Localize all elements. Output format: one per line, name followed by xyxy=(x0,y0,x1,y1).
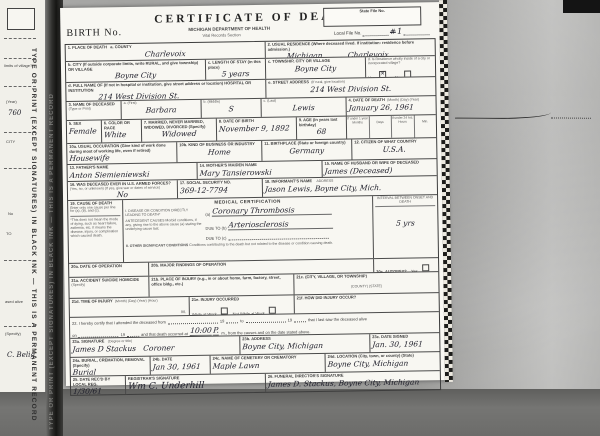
field-date-of-death: 4. DATE OF DEATH (Month) (Day) (Year) Ja… xyxy=(346,96,435,115)
hours-label: Hours xyxy=(398,120,407,124)
section-line: Vital Records Section xyxy=(202,32,240,38)
field-age: 9. AGE (In years last birthday) 68 xyxy=(297,117,347,140)
field-place-of-death-county: 1. PLACE OF DEATH a. COUNTY Charlevoix xyxy=(66,42,266,61)
field-residence-inside-village: d. Is Residence wholly inside of a city … xyxy=(366,56,435,77)
field-sex: 5. SEX Female xyxy=(67,120,102,143)
date-of-operation-label: 20a. DATE OF OPERATION xyxy=(71,264,146,270)
township-value: Boyne City xyxy=(268,63,364,74)
field-cemetery: 24c. NAME OF CEMETERY OR CREMATORY Maple… xyxy=(211,354,326,374)
fragment-box xyxy=(7,8,35,30)
field-burial: 24a. BURIAL, CREMATION, REMOVAL (Specify… xyxy=(71,357,151,376)
county-label: a. COUNTY xyxy=(110,44,131,49)
certify-on: on xyxy=(72,333,77,338)
place-of-injury-label: 21b. PLACE OF INJURY (e.g., in or about … xyxy=(151,275,291,286)
fragment-text: (Specify) xyxy=(5,332,21,336)
certify-19-2: 19 xyxy=(288,317,293,322)
age-value: 68 xyxy=(299,127,345,137)
field-accident-suicide-homicide: 21a. ACCIDENT SUICIDE HOMICIDE (Specify) xyxy=(69,277,149,298)
time-of-injury-label: 21d. TIME OF INJURY xyxy=(72,298,113,304)
field-usual-occupation: 10a. USUAL OCCUPATION (Give kind of work… xyxy=(67,142,177,164)
burial-value: Burial xyxy=(72,367,148,376)
sex-value: Female xyxy=(69,126,100,135)
fragment-text: (Year) xyxy=(6,100,17,104)
certify-blank-3 xyxy=(246,316,286,324)
certificate-header: BIRTH No. CERTIFICATE OF DEATH MICHIGAN … xyxy=(64,4,435,44)
street-sublabel: (If rural, give location) xyxy=(311,80,345,85)
field-usual-residence: 2. USUAL RESIDENCE (Where deceased lived… xyxy=(266,39,435,58)
certify-blank-2 xyxy=(226,316,238,323)
field-injury-city: 21c. (CITY, VILLAGE, OR TOWNSHIP) (COUNT… xyxy=(294,272,438,294)
inside-village-label: d. Is Residence wholly inside of a city … xyxy=(368,57,433,66)
spouse-value: James (Deceased) xyxy=(324,165,435,176)
field-armed-forces: 16. WAS DECEASED EVER IN U.S. ARMED FORC… xyxy=(68,180,178,200)
other-conditions-note: Conditions contributing to the death but… xyxy=(189,240,333,246)
registrar-value: Wm C. Underhill xyxy=(128,379,264,391)
occupation-value: Housewife xyxy=(69,152,175,163)
local-file-value: 1 xyxy=(397,27,402,36)
under-1yr-header: If under 1 year Months xyxy=(347,116,370,138)
field-spouse-name: 15. NAME OF HUSBAND OR WIFE OF DECEASED … xyxy=(322,159,436,177)
certificate-sheet: BIRTH No. CERTIFICATE OF DEATH MICHIGAN … xyxy=(60,2,451,386)
min-col: Min. xyxy=(414,115,436,137)
certificate-form: 1. PLACE OF DEATH a. COUNTY Charlevoix 2… xyxy=(65,38,441,396)
burial-date-value: Jan 30, 1961 xyxy=(152,361,208,371)
field-date-received: 25. DATE REC'D BY LOCAL REG. 1/30/61 xyxy=(71,376,126,395)
yes-checkbox: ✕ xyxy=(379,71,386,77)
field-age-under-one: If under 1 year Months Days If under 24 … xyxy=(347,115,436,138)
place-of-death-label: 1. PLACE OF DEATH xyxy=(68,44,107,50)
father-value: Anton Siemieniewski xyxy=(69,169,195,180)
signature-label: 23a. SIGNATURE xyxy=(72,338,104,344)
informant-label: 18. INFORMANT'S NAME xyxy=(265,178,312,184)
funeral-director-value: James D. Stackus, Boyne City, Michigan xyxy=(268,377,439,389)
date-signed-value: Jan. 30, 1961 xyxy=(372,339,438,349)
how-injury-label: 21f. HOW DID INJURY OCCUR? xyxy=(297,294,437,301)
field-date-of-operation: 20a. DATE OF OPERATION xyxy=(69,263,149,277)
street-label: e. STREET ADDRESS xyxy=(268,79,309,85)
autopsy-yes-checkbox xyxy=(422,265,429,272)
field-color-or-race: 6. COLOR OR RACE White xyxy=(102,120,142,143)
field-time-of-injury: 21d. TIME OF INJURY (Month) (Day) (Year)… xyxy=(70,297,190,317)
first-name-value: Barbara xyxy=(123,105,199,115)
certify-last-saw: that I last saw the deceased alive xyxy=(308,316,367,322)
certify-occurred: and that death occurred at xyxy=(141,331,188,337)
fragment-rule xyxy=(4,38,36,39)
street-value: 214 West Division St. xyxy=(268,83,434,95)
field-interval-column: INTERVAL BETWEEN ONSET AND DEATH 5 yrs xyxy=(373,195,438,258)
field-father-name: 13. FATHER'S NAME Anton Siemieniewski xyxy=(68,163,198,181)
signature-title-value: Coroner xyxy=(143,343,175,353)
no-checkbox xyxy=(405,70,412,77)
date-of-death-label: 4. DATE OF DEATH xyxy=(348,97,384,103)
interval-b-value: 5 yrs xyxy=(375,218,436,228)
field-date-of-birth: 8. DATE OF BIRTH November 9, 1892 xyxy=(217,117,297,140)
length-of-stay-value: 5 years xyxy=(208,69,264,79)
date-of-death-value: January 26, 1961 xyxy=(348,102,434,112)
not-while-at-work-checkbox xyxy=(269,307,276,314)
field-physician-signature: 23a. SIGNATURE (Degree or title) James D… xyxy=(70,336,240,357)
ssn-value: 369-12-7794 xyxy=(180,185,261,195)
fragment-text: limits of village? xyxy=(4,64,32,68)
certify-19-3: 19 xyxy=(121,332,126,337)
other-conditions-label: II. OTHER SIGNIFICANT CONDITIONS xyxy=(126,243,188,248)
last-name-value: Lewis xyxy=(263,102,344,112)
major-findings-label: 20b. MAJOR FINDINGS OF OPERATION xyxy=(151,260,371,268)
middle-name-value: S xyxy=(203,104,259,114)
citizen-value: U.S.A. xyxy=(354,144,435,154)
scan-corner-artifact xyxy=(563,0,600,13)
department-line: MICHIGAN DEPARTMENT OF HEALTH xyxy=(188,26,270,32)
injury-county-state-label: (COUNTY) (STATE) xyxy=(296,284,436,290)
while-at-work-checkbox xyxy=(221,307,228,314)
armed-forces-value: No xyxy=(70,190,176,200)
yes-label: Yes xyxy=(368,75,375,77)
field-autopsy: 20c. AUTOPSY? Yes No xyxy=(374,258,438,272)
adjacent-page-edge: limits of village? (Year) 760 CITY No TO… xyxy=(0,0,46,392)
security-border-pattern xyxy=(439,0,453,382)
due-to-c-label: DUE TO (c) xyxy=(206,235,227,240)
field-cemetery-location: 24d. LOCATION (City, town, or county) (S… xyxy=(326,352,440,372)
signature-value: James D Stackus xyxy=(72,344,137,354)
field-marital-status: 7. MARRIED, NEVER MARRIED, WIDOWED, DIVO… xyxy=(142,119,217,142)
field-informant: 18. INFORMANT'S NAME ADDRESS Jason Lewis… xyxy=(263,176,437,197)
cause-note-1: Enter only one cause per line for (a), (… xyxy=(70,206,120,214)
field-cause-of-death-sidebar: 19. CAUSE OF DEATH Enter only one cause … xyxy=(68,200,124,263)
time-of-injury-sublabel: (Month) (Day) (Year) (Hour) xyxy=(115,299,158,304)
accident-sublabel: (Specify) xyxy=(71,282,146,287)
certify-to: to xyxy=(240,318,243,323)
field-social-security: 17. SOCIAL SECURITY NO. 369-12-7794 xyxy=(178,179,263,198)
autopsy-label: 20c. AUTOPSY? xyxy=(376,269,407,273)
certify-blank-4 xyxy=(294,315,306,322)
under-24hr-header: If under 24 hrs. Hours xyxy=(392,115,415,137)
disease-label: I. DISEASE OR CONDITION DIRECTLY LEADING… xyxy=(125,209,203,218)
state-file-label: State File No. xyxy=(324,8,420,14)
mother-value: Mary Tansierowski xyxy=(199,167,320,178)
field-length-of-stay: c. LENGTH OF STAY (in this place) 5 year… xyxy=(206,59,266,80)
field-city-or-village: b. CITY (If outside corporate limits, wr… xyxy=(66,60,206,82)
days-col: Days xyxy=(369,116,392,138)
field-middle-name: b. (Middle) S xyxy=(202,99,262,118)
field-medical-certification: MEDICAL CERTIFICATION I. DISEASE OR COND… xyxy=(123,196,374,262)
fragment-text: ased alive xyxy=(5,300,23,304)
injury-city-label: 21c. (CITY, VILLAGE, OR TOWNSHIP) xyxy=(296,273,436,280)
min-label: Min. xyxy=(422,119,428,123)
months-label: Months xyxy=(352,120,363,124)
date-of-death-sublabel: (Month) (Day) (Year) xyxy=(387,97,419,102)
margin-instruction-text-2: TYPE OR PRINT (EXCEPT SIGNATURES) IN BLA… xyxy=(49,10,55,430)
fragment-text: TO xyxy=(6,232,11,236)
field-street-address: e. STREET ADDRESS (If rural, give locati… xyxy=(266,77,435,98)
days-label: Days xyxy=(376,120,383,124)
field-burial-date: 24b. DATE Jan 30, 1961 xyxy=(151,356,211,375)
while-at-work-label: While at Work xyxy=(192,311,217,315)
field-township: c. TOWNSHIP, CITY OR VILLAGE Boyne City xyxy=(266,57,366,79)
death-ampm-value: P. xyxy=(213,326,220,336)
field-mother-name: 14. MOTHER'S MAIDEN NAME Mary Tansierows… xyxy=(198,161,323,179)
local-file-scribble: # xyxy=(390,28,396,36)
cause-a-value: Coronary Thrombosis xyxy=(212,205,333,217)
fragment-text: No xyxy=(8,212,13,216)
field-business-industry: 10b. KIND OF BUSINESS OR INDUSTRY Home xyxy=(177,141,262,162)
industry-value: Home xyxy=(179,147,260,157)
scanned-death-certificate: limits of village? (Year) 760 CITY No TO… xyxy=(0,0,600,436)
cause-b-value: Arteriosclerosis xyxy=(228,218,334,230)
field-place-of-injury: 21b. PLACE OF INJURY (e.g., in or about … xyxy=(149,274,294,296)
marital-value: Widowed xyxy=(144,129,215,139)
birth-no-label: BIRTH No. xyxy=(66,27,122,39)
field-funeral-director: 26. FUNERAL DIRECTOR'S SIGNATURE James D… xyxy=(266,371,440,392)
death-time-value: 10:00 xyxy=(189,326,212,336)
city-value: Boyne City xyxy=(68,70,204,81)
stray-pen-mark xyxy=(455,110,551,120)
certify-blank-1 xyxy=(168,317,218,325)
leader-dots xyxy=(363,30,389,36)
field-injury-occurred: 21e. INJURY OCCURRED While at Work Not W… xyxy=(190,295,295,315)
informant-address-label: ADDRESS xyxy=(316,179,333,183)
injury-occurred-label: 21e. INJURY OCCURRED xyxy=(192,296,292,302)
date-received-value: 1/30/61 xyxy=(73,386,124,395)
local-file-label: Local File No. xyxy=(334,30,362,35)
cemetery-location-value: Boyne City, Michigan xyxy=(327,358,438,369)
field-registrar-signature: REGISTRAR'S SIGNATURE Wm C. Underhill xyxy=(126,374,266,394)
local-file-no: Local File No. # 1 xyxy=(334,26,430,36)
scan-background-shadow xyxy=(0,389,600,436)
field-citizen-country: 12. CITIZEN OF WHAT COUNTRY U.S.A. xyxy=(352,138,436,159)
line-a-tag: (a) xyxy=(205,212,210,217)
field-signer-address: 23b. ADDRESS Boyne City, Michigan xyxy=(240,334,370,354)
dob-value: November 9, 1892 xyxy=(219,123,295,133)
due-to-b-label: DUE TO (b) xyxy=(205,225,226,230)
due-to-c-blank xyxy=(228,231,328,240)
fragment-handwriting: 760 xyxy=(8,110,21,118)
certify-blank-6 xyxy=(127,330,139,337)
state-value: Michigan xyxy=(286,51,323,58)
informant-value: Jason Lewis, Boyne City, Mich. xyxy=(265,182,436,194)
certify-pre: 22. I hereby certify that I attended the… xyxy=(72,319,166,325)
certify-19-1: 19 xyxy=(220,319,225,324)
field-date-signed: 23c. DATE SIGNED Jan. 30, 1961 xyxy=(370,333,439,352)
margin-instruction-text: TYPE OR PRINT (EXCEPT SIGNATURES) IN BLA… xyxy=(30,48,37,428)
certify-blank-5 xyxy=(79,330,119,338)
meridiem-label: M. xyxy=(181,309,186,314)
state-file-no-box: State File No. xyxy=(323,6,421,27)
race-value: White xyxy=(104,130,140,140)
field-hospital-institution: d. FULL NAME OF (If not in hospital or i… xyxy=(66,80,266,101)
field-birthplace: 11. BIRTHPLACE (State or foreign country… xyxy=(262,139,352,160)
cemetery-value: Maple Lawn xyxy=(212,360,323,371)
name-sublabel: (Type or Print) xyxy=(69,107,119,112)
fragment-text: CITY xyxy=(6,140,15,144)
field-last-name: c. (Last) Lewis xyxy=(262,98,347,117)
cause-note-2: *This does not mean the mode of dying, s… xyxy=(70,218,120,238)
field-name-of-deceased: 3. NAME OF DECEASED (Type or Print) xyxy=(67,101,122,120)
degree-title-label: (Degree or title) xyxy=(108,339,132,343)
birthplace-value: Germany xyxy=(264,145,350,155)
signer-address-value: Boyne City, Michigan xyxy=(242,340,368,351)
field-how-injury-occurred: 21f. HOW DID INJURY OCCUR? xyxy=(295,293,439,313)
field-first-name: a. (First) Barbara xyxy=(122,100,202,119)
leader-dots xyxy=(403,29,429,35)
interval-label: INTERVAL BETWEEN ONSET AND DEATH xyxy=(375,196,435,205)
